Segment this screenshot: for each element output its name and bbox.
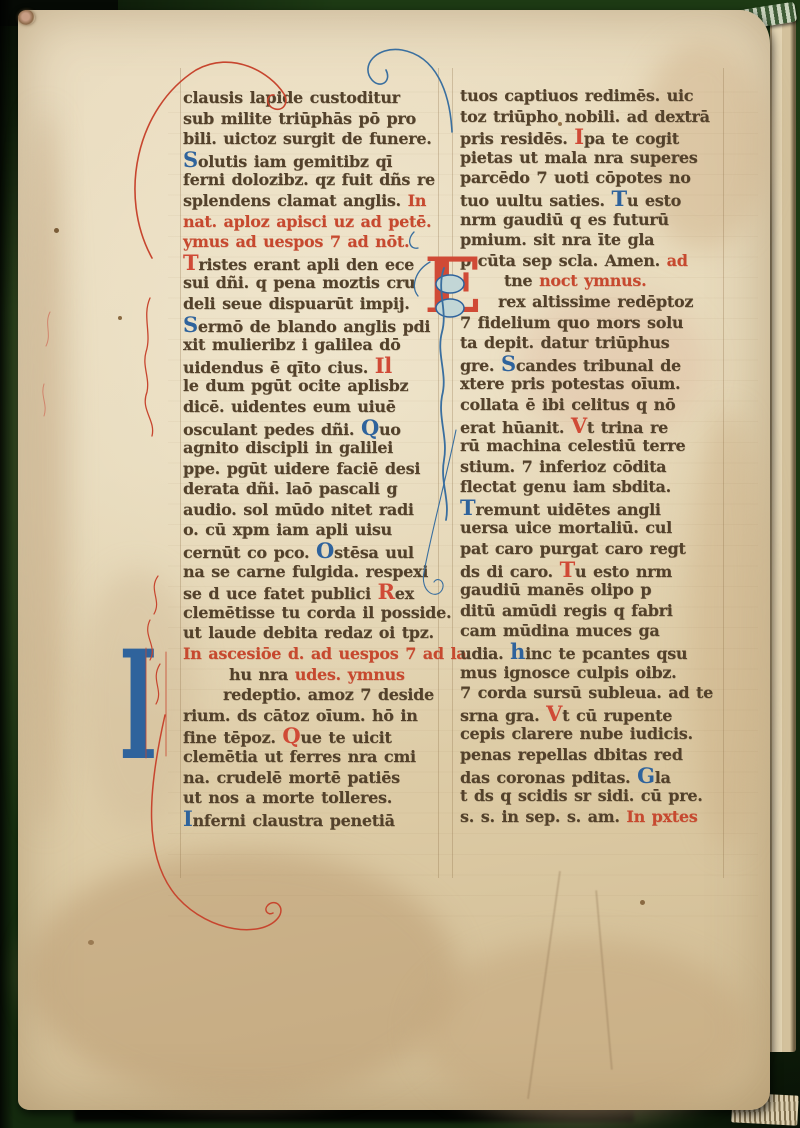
text-line: rium. ds cātoz oīum. hō in [183,706,461,727]
text-segment: p cūta sep scla. Amen. [460,251,667,270]
text-line: le dum pgūt ocite aplisbz [183,376,461,397]
initial-letter: Q [361,415,379,440]
text-line: agnito discipli in galilei [183,438,461,459]
text-segment: stēsa uul [334,543,414,562]
text-segment: splendens clamat anglis. [183,191,408,210]
text-segment: cernūt co pco. [183,543,316,562]
text-segment: inc te pcantes qsu [525,644,687,663]
initial-letter: I [574,124,584,149]
text-line: derata dñi. laō pascali g [183,479,461,500]
initial-letter: Q [282,723,300,748]
rubric-segment: udes. ymnus [295,665,405,684]
text-segment: uersa uice mortaliū. cul [460,518,672,537]
text-segment: xtere pris potestas oīum. [460,374,680,393]
stain [418,940,748,1120]
text-line: pmium. sit nra īte gla [460,230,738,251]
text-segment: fine tēpoz. [183,728,282,747]
fox-spot [640,900,645,905]
text-segment: sub milite triūphās pō pro [183,109,416,128]
text-segment: ue te uicit [300,728,391,747]
initial-letter: V [571,413,587,438]
page-edges-right [770,16,796,1052]
text-segment: le dum pgūt ocite aplisbz [183,376,408,395]
text-segment: erat hūanit. [460,418,571,437]
text-segment: cepis clarere nube iudicis. [460,724,693,743]
initial-letter: S [501,351,516,376]
text-line: sub milite triūphās pō pro [183,109,461,130]
text-line: Solutis iam gemitibz qī [183,150,461,171]
text-segment: la [655,768,671,787]
text-line: toz triūpho nobili. ad dextrā [460,107,738,128]
text-line: penas repellas dbitas red [460,745,738,766]
text-segment: flectat genu iam sbdita. [460,477,671,496]
text-segment: 7 corda sursū subleua. ad te [460,683,713,702]
text-segment: rū machina celestiū terre [460,436,685,455]
text-line: 7 corda sursū subleua. ad te [460,683,738,704]
text-line: Tremunt uidētes angli [460,498,738,519]
initial-letter: I [183,806,193,831]
text-segment: clemētia ut ferres nra cmi [183,747,416,766]
text-line: cernūt co pco. Ostēsa uul [183,541,461,562]
initial-letter: Il [375,353,392,378]
rubric-segment: nat. aploz apisci uz ad petē. [183,212,431,231]
text-line: In ascesiōe d. ad uespos 7 ad la [183,644,461,665]
text-line: rex altissime redēptoz [460,292,738,313]
backdrop-left-shadow [0,0,14,1128]
text-segment: ferni dolozibz. qz fuit dñs re [183,170,435,189]
text-column-left: clausis lapide custoditursub milite triū… [183,88,461,829]
text-line: Inferni claustra penetiā [183,809,461,830]
fox-spot [88,940,94,945]
text-segment: collata ē ibi celitus q nō [460,395,675,414]
stain [22,110,68,830]
rubric-segment: In ascesiōe d. ad uespos 7 ad la [183,644,466,663]
initial-letter: h [510,639,525,664]
text-line: pietas ut mala nra superes [460,148,738,169]
text-segment: o. cū xpm iam apli uisu [183,520,392,539]
text-segment: ristes erant apli den ece [198,255,414,274]
text-segment: u esto [627,191,681,210]
text-segment: rium. ds cātoz oīum. hō in [183,706,418,725]
text-line: dicē. uidentes eum uiuē [183,397,461,418]
ruling-line-vertical [180,68,181,878]
text-segment: uo [379,420,401,439]
text-segment: deli seue dispuarūt impij. [183,294,409,313]
text-line: bili. uictoz surgit de funere. [183,129,461,150]
text-line: s. s. in sep. s. am. In pxtes [460,807,738,828]
text-segment: audio. sol mūdo nitet radi [183,500,414,519]
fox-spot [54,228,59,233]
text-line: ppe. pgūt uidere faciē desi [183,459,461,480]
text-line: erat hūanit. Vt trina re [460,416,738,437]
text-segment: penas repellas dbitas red [460,745,683,764]
large-initial-blue-I: I [119,648,158,765]
text-segment: cam mūdina muces ga [460,621,659,640]
text-line: redeptio. amoz 7 deside [183,685,461,706]
parchment-hole [18,10,35,25]
text-segment: 7 fidelium quo mors solu [460,313,683,332]
text-segment: ex [395,584,414,603]
text-segment: uidendus ē qīto cius. [183,358,375,377]
text-line: audio. sol mūdo nitet radi [183,500,461,521]
text-segment: nferni claustra penetiā [193,811,395,830]
text-segment: t trina re [587,418,668,437]
text-line: ditū amūdi regis q fabri [460,601,738,622]
text-line: stium. 7 inferioz cōdita [460,457,738,478]
initial-letter: G [637,763,655,788]
rubric-segment: In pxtes [626,807,697,826]
initial-letter: R [378,579,395,604]
text-line: osculant pedes dñi. Quo [183,418,461,439]
text-segment: redeptio. amoz 7 deside [223,685,434,704]
text-line: srna gra. Vt cū rupente [460,704,738,725]
text-line: mus ignosce culpis oibz. [460,663,738,684]
text-line: ferni dolozibz. qz fuit dñs re [183,170,461,191]
text-line: 7 fidelium quo mors solu [460,313,738,334]
rubric-segment: ad [667,251,688,270]
text-line: clemētia ut ferres nra cmi [183,747,461,768]
initial-letter: T [611,186,626,211]
text-segment: nrm gaudiū q es futurū [460,210,669,229]
text-segment: se d uce fatet publici [183,584,378,603]
text-line: clausis lapide custoditur [183,88,461,109]
text-line: das coronas pditas. Gla [460,766,738,787]
text-segment: tuos captiuos redimēs. uic [460,86,693,105]
text-line: ymus ad uespos 7 ad nōt. [183,232,461,253]
text-segment: ut nos a morte tolleres. [183,788,392,807]
text-segment: pmium. sit nra īte gla [460,230,654,249]
text-line: nat. aploz apisci uz ad petē. [183,212,461,233]
text-segment: rex altissime redēptoz [498,292,693,311]
text-line: parcēdo 7 uoti cōpotes no [460,168,738,189]
text-segment: remunt uidētes angli [475,500,660,519]
initial-letter: T [183,250,198,275]
text-segment: candes tribunal de [516,356,681,375]
text-segment: ditū amūdi regis q fabri [460,601,673,620]
text-line: collata ē ibi celitus q nō [460,395,738,416]
text-segment: tuo uultu saties. [460,191,611,210]
text-line: xit mulieribz i galilea dō [183,335,461,356]
text-line: na se carne fulgida. respexi [183,562,461,583]
text-segment: pat caro purgat caro regt [460,539,686,558]
text-segment: stium. 7 inferioz cōdita [460,457,666,476]
initial-letter: T [460,495,475,520]
text-line: p cūta sep scla. Amen. ad [460,251,738,272]
text-segment: t cū rupente [562,706,672,725]
text-line: cam mūdina muces ga [460,621,738,642]
initial-letter: O [316,538,334,563]
text-line: xtere pris potestas oīum. [460,374,738,395]
text-segment: clausis lapide custoditur [183,88,400,107]
text-segment: xit mulieribz i galilea dō [183,335,400,354]
text-segment: parcēdo 7 uoti cōpotes no [460,168,691,187]
text-segment: ta depit. datur triūphus [460,333,669,352]
text-line: uidendus ē qīto cius. Il [183,356,461,377]
text-segment: sui dñi. q pena moztis cru [183,273,415,292]
text-line: hu nra udes. ymnus [183,665,461,686]
fox-spot [118,316,122,320]
initial-letter: V [546,701,562,726]
text-line: na. crudelē mortē patiēs [183,768,461,789]
text-line: gre. Scandes tribunal de [460,354,738,375]
text-segment: srna gra. [460,706,546,725]
text-line: t ds q scidis sr sidi. cū pre. [460,786,738,807]
text-segment: s. s. in sep. s. am. [460,807,626,826]
text-segment: ut laude debita redaz oi tpz. [183,623,434,642]
text-segment: na se carne fulgida. respexi [183,562,428,581]
text-line: ds di caro. Tu esto nrm [460,560,738,581]
text-line: tne noct ymnus. [460,271,738,292]
text-segment: hu nra [229,665,295,684]
text-segment: pa te cogit [584,129,679,148]
text-segment: clemētisse tu corda il posside. [183,603,451,622]
text-segment: tne [504,271,539,290]
text-line: Sermō de blando anglis pdi [183,315,461,336]
text-line: gaudiū manēs olipo p [460,580,738,601]
large-initial-red-E: E [424,256,482,315]
text-segment: bili. uictoz surgit de funere. [183,129,431,148]
text-line: tuos captiuos redimēs. uic [460,86,738,107]
text-line: tuo uultu saties. Tu esto [460,189,738,210]
text-line: pris residēs. Ipa te cogit [460,127,738,148]
text-segment: mus ignosce culpis oibz. [460,663,676,682]
text-line: deli seue dispuarūt impij. [183,294,461,315]
text-segment: gre. [460,356,501,375]
text-column-right: tuos captiuos redimēs. uictoz triūpho no… [460,86,738,827]
text-segment: u esto nrm [575,562,672,581]
text-segment: dicē. uidentes eum uiuē [183,397,396,416]
text-line: uersa uice mortaliū. cul [460,518,738,539]
rubric-segment: noct ymnus. [539,271,646,290]
text-line: ut nos a morte tolleres. [183,788,461,809]
text-segment: das coronas pditas. [460,768,637,787]
text-line: sui dñi. q pena moztis cru [183,273,461,294]
text-line: clemētisse tu corda il posside. [183,603,461,624]
text-segment: olutis iam gemitibz qī [198,152,392,171]
text-line: splendens clamat anglis. In [183,191,461,212]
text-segment: ermō de blando anglis pdi [198,317,430,336]
text-segment: derata dñi. laō pascali g [183,479,397,498]
initial-letter: S [183,147,198,172]
text-line: nrm gaudiū q es futurū [460,210,738,231]
rubric-segment: ymus ad uespos 7 ad nōt. [183,232,409,251]
text-line: fine tēpoz. Que te uicit [183,726,461,747]
initial-letter: T [560,557,575,582]
text-segment: pietas ut mala nra superes [460,148,698,167]
text-line: ut laude debita redaz oi tpz. [183,623,461,644]
text-segment: pris residēs. [460,129,574,148]
text-segment: na. crudelē mortē patiēs [183,768,400,787]
text-line: flectat genu iam sbdita. [460,477,738,498]
rubric-segment: In [408,191,427,210]
text-segment: osculant pedes dñi. [183,420,361,439]
initial-letter: S [183,312,198,337]
text-line: cepis clarere nube iudicis. [460,724,738,745]
text-segment: t ds q scidis sr sidi. cū pre. [460,786,702,805]
text-line: udia. hinc te pcantes qsu [460,642,738,663]
text-segment: agnito discipli in galilei [183,438,393,457]
text-line: pat caro purgat caro regt [460,539,738,560]
text-line: rū machina celestiū terre [460,436,738,457]
manuscript-photo: { "colors": { "background_green": "#1b37… [0,0,800,1128]
text-segment: ppe. pgūt uidere faciē desi [183,459,420,478]
text-line: se d uce fatet publici Rex [183,582,461,603]
text-segment: udia. [460,644,510,663]
text-segment: ds di caro. [460,562,560,581]
text-segment: toz triūpho nobili. ad dextrā [460,107,710,126]
text-segment: gaudiū manēs olipo p [460,580,651,599]
text-line: Tristes erant apli den ece [183,253,461,274]
